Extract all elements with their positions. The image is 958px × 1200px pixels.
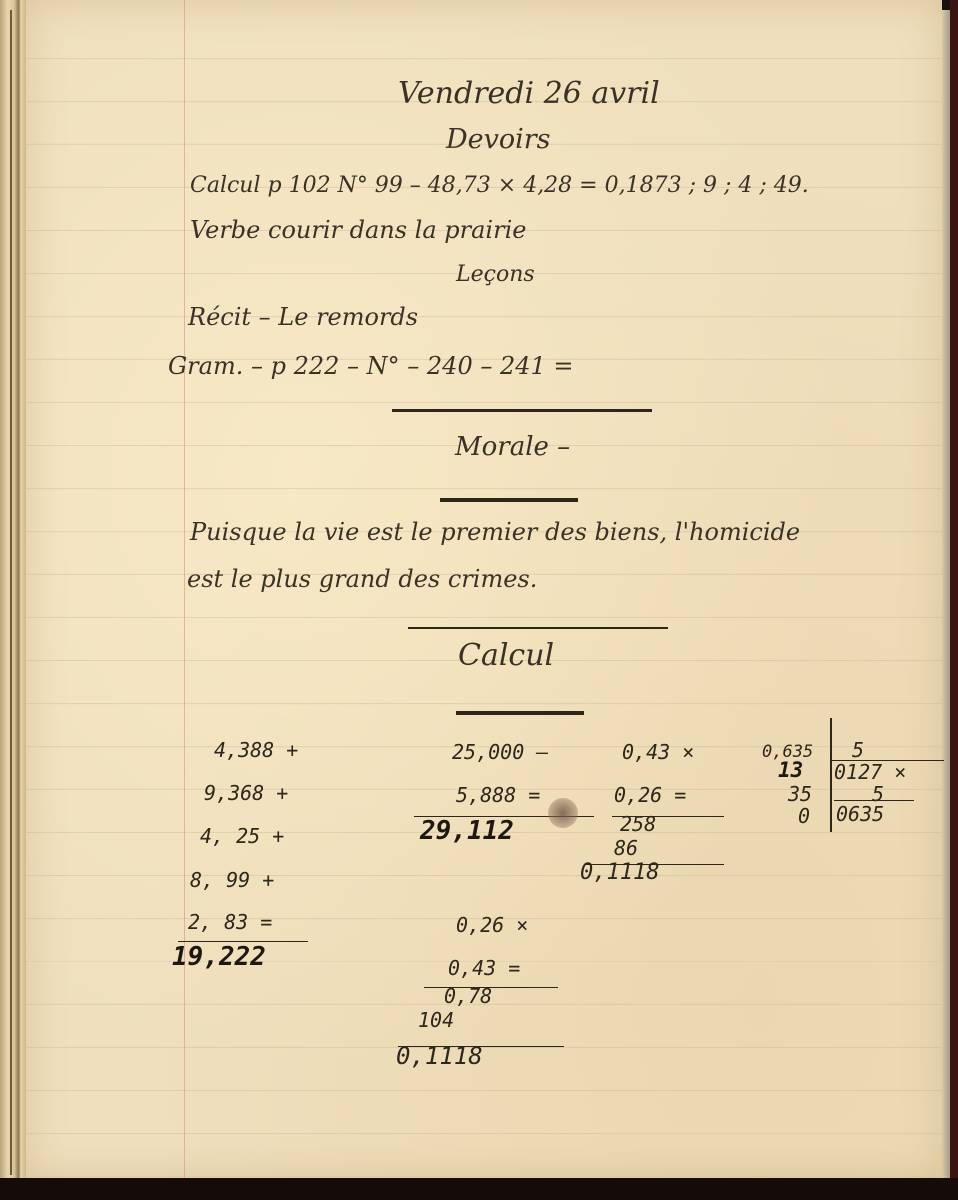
multiplication-result: 0,1118 bbox=[396, 1042, 483, 1070]
multiplicand: 0,26 × bbox=[456, 913, 528, 937]
date-heading: Vendredi 26 avril bbox=[398, 76, 660, 111]
check-rule bbox=[834, 800, 914, 801]
quotient: 0127 × bbox=[834, 760, 906, 784]
separator-rule bbox=[456, 711, 584, 715]
addition-result: 19,222 bbox=[172, 942, 266, 972]
partial-product: 104 bbox=[418, 1008, 454, 1032]
separator-rule bbox=[392, 409, 652, 412]
multiplier: 0,26 = bbox=[614, 783, 686, 807]
check-result: 0635 bbox=[836, 802, 884, 826]
grammar-lesson: Gram. – p 222 – N° – 240 – 241 = bbox=[168, 352, 574, 380]
addend: 4, 25 + bbox=[200, 824, 284, 848]
lecons-heading: Leçons bbox=[456, 262, 535, 287]
ink-blot bbox=[548, 798, 578, 828]
page-stack-edge bbox=[942, 10, 950, 1180]
separator-rule bbox=[440, 498, 578, 502]
subtraction-result: 29,112 bbox=[420, 816, 514, 846]
multiplicand: 0,43 × bbox=[622, 740, 694, 764]
addend: 4,388 + bbox=[214, 738, 298, 762]
morale-text-line-2: est le plus grand des crimes. bbox=[187, 565, 537, 593]
calcul-heading: Calcul bbox=[458, 638, 554, 673]
partial-product: 0,78 bbox=[444, 984, 492, 1008]
divisor: 5 bbox=[852, 738, 864, 762]
subtrahend: 5,888 = bbox=[456, 783, 540, 807]
separator-rule bbox=[408, 627, 668, 629]
addend: 9,368 + bbox=[204, 781, 288, 805]
partial-product: 86 bbox=[614, 836, 638, 860]
verbe-assignment: Verbe courir dans la prairie bbox=[190, 216, 526, 244]
remainder: 0 bbox=[798, 804, 810, 828]
minuend: 25,000 – bbox=[452, 740, 548, 764]
partial-product: 258 bbox=[620, 812, 656, 836]
multiplication-result: 0,1118 bbox=[580, 860, 659, 885]
division-bracket-vertical bbox=[830, 718, 832, 832]
notebook-spine bbox=[0, 0, 26, 1180]
notebook-bottom-edge bbox=[0, 1178, 958, 1200]
remainder: 35 bbox=[788, 782, 812, 806]
spine-fold-line bbox=[10, 10, 12, 1175]
morale-heading: Morale – bbox=[455, 432, 570, 462]
multiplier: 0,43 = bbox=[448, 956, 520, 980]
morale-text-line-1: Puisque la vie est le premier des biens,… bbox=[190, 518, 800, 546]
addend: 8, 99 + bbox=[190, 868, 274, 892]
margin-line bbox=[184, 0, 185, 1178]
remainder: 13 bbox=[778, 758, 803, 782]
addend: 2, 83 = bbox=[188, 910, 272, 934]
notebook-cover-edge bbox=[950, 0, 958, 1200]
devoirs-heading: Devoirs bbox=[446, 124, 551, 155]
calcul-assignment: Calcul p 102 N° 99 – 48,73 × 4,28 = 0,18… bbox=[190, 173, 809, 198]
recit-lesson: Récit – Le remords bbox=[188, 303, 418, 331]
